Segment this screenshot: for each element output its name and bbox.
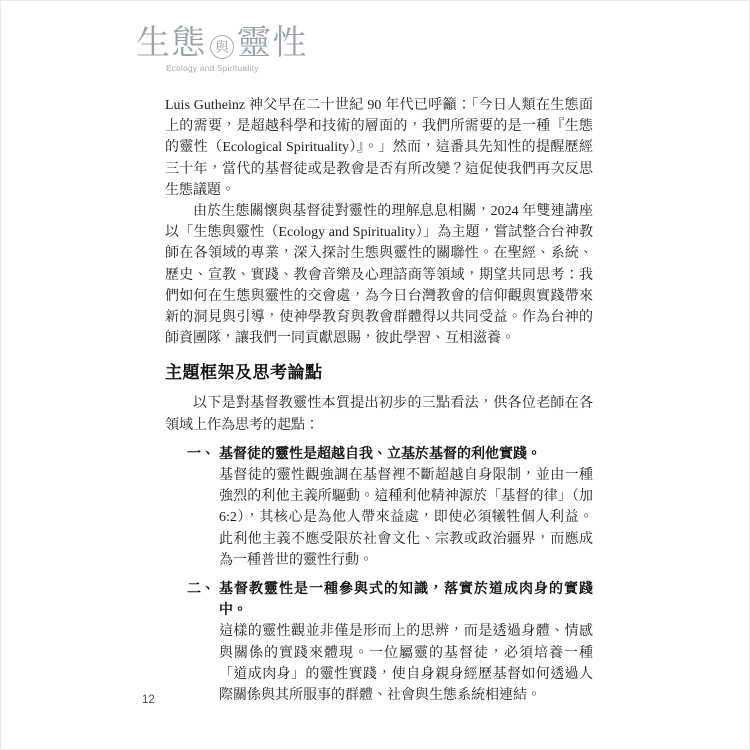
list-item-2-body: 這樣的靈性觀並非僅是形而上的思辨，而是透過身體、情感與關係的實踐來體現。一位屬靈… xyxy=(219,621,593,706)
paragraph-intro: Luis Gutheinz 神父早在二十世紀 90 年代已呼籲：「今日人類在生態… xyxy=(165,95,593,201)
content-area: Luis Gutheinz 神父早在二十世紀 90 年代已呼籲：「今日人類在生態… xyxy=(165,95,593,706)
list-item-1: 一、 基督徒的靈性是超越自我、立基於基督的利他實踐。 基督徒的靈性觀強調在基督裡… xyxy=(165,444,593,571)
paragraph-lecture-theme: 由於生態關懷與基督徒對靈性的理解息息相關，2024 年雙連講座以「生態與靈性（E… xyxy=(165,201,593,349)
list-marker-1: 一、 xyxy=(187,444,215,465)
book-page: 生態 與 靈性 Ecology and Spirituality Luis Gu… xyxy=(0,0,750,750)
page-number: 12 xyxy=(142,694,155,706)
list-marker-2: 二、 xyxy=(187,579,215,600)
paragraph-list-intro: 以下是對基督教靈性本質提出初步的三點看法，供各位老師在各領域上作為思考的起點： xyxy=(165,393,593,435)
logo-text-left: 生態 xyxy=(136,25,207,63)
logo-text-right: 靈性 xyxy=(237,25,308,63)
logo-subtitle: Ecology and Spirituality xyxy=(136,64,308,73)
logo-circle-character: 與 xyxy=(210,35,234,59)
page-header-logo: 生態 與 靈性 Ecology and Spirituality xyxy=(136,25,308,73)
list-item-1-heading: 基督徒的靈性是超越自我、立基於基督的利他實踐。 xyxy=(219,444,593,465)
logo-title: 生態 與 靈性 xyxy=(136,25,308,63)
list-item-2: 二、 基督教靈性是一種參與式的知識，落實於道成肉身的實踐中。 這樣的靈性觀並非僅… xyxy=(165,579,593,706)
section-heading: 主題框架及思考論點 xyxy=(165,362,593,384)
list-item-2-heading: 基督教靈性是一種參與式的知識，落實於道成肉身的實踐中。 xyxy=(219,579,593,621)
list-item-1-body: 基督徒的靈性觀強調在基督裡不斷超越自身限制，並由一種強烈的利他主義所驅動。這種利… xyxy=(219,465,593,571)
